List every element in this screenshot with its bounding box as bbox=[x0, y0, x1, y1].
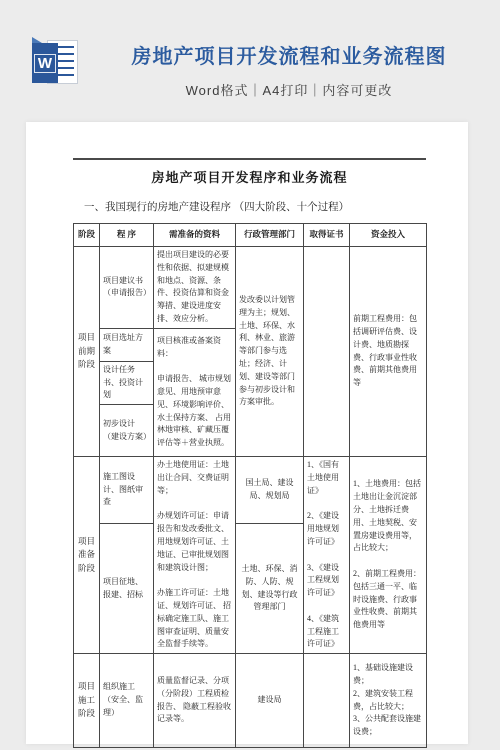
cell-proc-siting: 项目选址方案 bbox=[100, 328, 154, 361]
header-rule bbox=[73, 158, 426, 160]
cell-cert-early bbox=[304, 247, 350, 457]
word-icon-letter: W bbox=[34, 54, 56, 73]
column-header-certificates: 取得证书 bbox=[304, 224, 350, 247]
doc-title: 房地产项目开发程序和业务流程 bbox=[73, 167, 426, 186]
word-icon: W bbox=[32, 37, 80, 87]
table-row: 项目 前期 阶段 项目建议书（申请报告） 提出项目建设的必要性和依据、拟建规模和… bbox=[74, 247, 427, 329]
cell-materials-proposal: 提出项目建设的必要性和依据、拟建规模和地点、资源、条件、投资估算和资金筹措、建设… bbox=[154, 247, 236, 329]
banner-title: 房地产项目开发流程和业务流程图 bbox=[86, 40, 492, 69]
table-header-row: 阶段 程 序 需准备的资料 行政管理部门 取得证书 资金投入 bbox=[74, 224, 427, 247]
cell-stage-construction: 项目 施工 阶段 bbox=[74, 654, 100, 748]
cell-cert-preparation: 1、《国有土地使用证》 2、《建设用地规划许可证》 3、《建设工程规划许可证》 … bbox=[304, 457, 350, 654]
cell-fund-construction: 1、基础设施建设费； 2、建筑安装工程费，占比较大； 3、公共配套设施建设费； bbox=[350, 654, 427, 748]
cell-materials-construction: 质量监督记录、分项（分阶段）工程质检报告、 隐蔽工程验收记录等。 bbox=[154, 654, 236, 748]
column-header-admin: 行政管理部门 bbox=[236, 224, 304, 247]
cell-cert-construction bbox=[304, 654, 350, 748]
promo-banner: W 房地产项目开发流程和业务流程图 Word格式｜A4打印｜内容可更改 bbox=[0, 0, 500, 122]
cell-stage-early: 项目 前期 阶段 bbox=[74, 247, 100, 457]
cell-materials-permits: 办土地使用证：土地出让合同、交费证明等； 办规划许可证：申请报告和发改委批文、用… bbox=[154, 457, 236, 654]
column-header-funds: 资金投入 bbox=[350, 224, 427, 247]
cell-materials-approval: 项目核准或备案资料： 申请报告、 城市规划意见、用地预审意见、环境影响评价、水土… bbox=[154, 328, 236, 456]
cell-admin-construction: 建设局 bbox=[236, 654, 304, 748]
document-content: 房地产项目开发程序和业务流程 一、我国现行的房地产建设程序 （四大阶段、十个过程… bbox=[73, 122, 426, 748]
cell-stage-preparation: 项目 准备 阶段 bbox=[74, 457, 100, 654]
word-icon-panel: W bbox=[32, 43, 58, 83]
cell-fund-preparation: 1、土地费用：包括土地出让金沉淀部分、土地拆迁费用、土地契税、安置房建设费用等，… bbox=[350, 457, 427, 654]
cell-proc-design-task: 设计任务书、投资计划 bbox=[100, 361, 154, 404]
column-header-procedure: 程 序 bbox=[100, 224, 154, 247]
word-icon-fold bbox=[32, 37, 42, 43]
cell-proc-land-bidding: 项目征地、报建、招标 bbox=[100, 523, 154, 653]
banner-text: 房地产项目开发流程和业务流程图 Word格式｜A4打印｜内容可更改 bbox=[86, 40, 492, 99]
column-header-materials: 需准备的资料 bbox=[154, 224, 236, 247]
flow-table: 阶段 程 序 需准备的资料 行政管理部门 取得证书 资金投入 项目 前期 阶段 … bbox=[73, 223, 427, 748]
cell-proc-proposal: 项目建议书（申请报告） bbox=[100, 247, 154, 329]
cell-admin-departments: 土地、环保、消防、人防、规划、建设等行政管理部门 bbox=[236, 523, 304, 653]
banner-subtitle: Word格式｜A4打印｜内容可更改 bbox=[86, 80, 492, 99]
cell-fund-early: 前期工程费用：包括调研评估费、设计费、地质勘探费、行政事业性收费、前期其他费用等 bbox=[350, 247, 427, 457]
section-heading: 一、我国现行的房地产建设程序 （四大阶段、十个过程） bbox=[84, 199, 426, 214]
table-row: 项目 施工 阶段 组织施工（安全、监理） 质量监督记录、分项（分阶段）工程质检报… bbox=[74, 654, 427, 748]
cell-proc-preliminary-design: 初步设计（建设方案） bbox=[100, 405, 154, 457]
cell-admin-early: 发改委以计划管理为主；规划、土地、环保、水利、林业、旅游等部门参与选址；经济、计… bbox=[236, 247, 304, 457]
table-row: 项目 准备 阶段 施工图设计、图纸审查 办土地使用证：土地出让合同、交费证明等；… bbox=[74, 457, 427, 524]
document-page: 房地产项目开发程序和业务流程 一、我国现行的房地产建设程序 （四大阶段、十个过程… bbox=[26, 122, 468, 744]
column-header-stage: 阶段 bbox=[74, 224, 100, 247]
cell-proc-construction: 组织施工（安全、监理） bbox=[100, 654, 154, 748]
cell-proc-drawing-review: 施工图设计、图纸审查 bbox=[100, 457, 154, 524]
cell-admin-bureaus: 国土局、建设局、规划局 bbox=[236, 457, 304, 524]
